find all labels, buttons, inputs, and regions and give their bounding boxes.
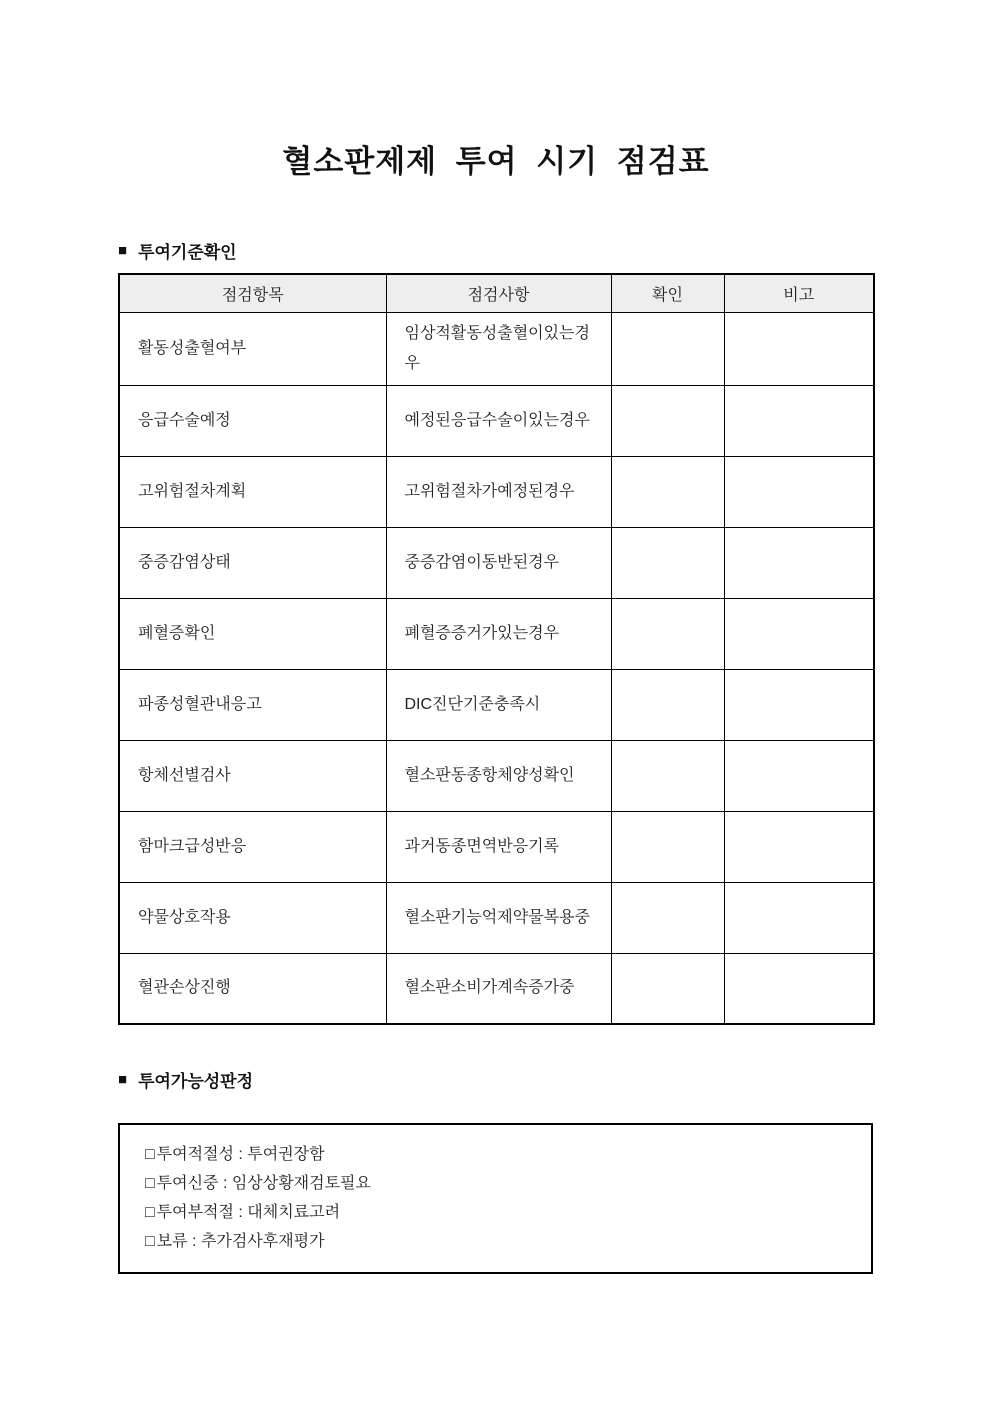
square-bullet-icon: ■	[118, 1072, 127, 1087]
option-label: 투여적절성	[157, 1146, 234, 1163]
cell-note[interactable]	[724, 385, 874, 456]
cell-check[interactable]	[611, 527, 724, 598]
square-bullet-icon: ■	[118, 243, 127, 258]
decision-option: □보류 : 추가검사후재평가	[145, 1227, 851, 1256]
cell-check[interactable]	[611, 669, 724, 740]
cell-check[interactable]	[611, 811, 724, 882]
table-row: 약물상호작용혈소판기능억제약물복용중	[119, 882, 874, 953]
cell-item: 항체선별검사	[119, 740, 386, 811]
cell-note[interactable]	[724, 527, 874, 598]
column-header: 점검사항	[386, 274, 611, 312]
cell-check[interactable]	[611, 598, 724, 669]
table-row: 고위험절차계획고위험절차가예정된경우	[119, 456, 874, 527]
decision-option: □투여신중 : 임상상황재검토필요	[145, 1169, 851, 1198]
cell-criteria: 폐혈증증거가있는경우	[386, 598, 611, 669]
cell-criteria: DIC진단기준충족시	[386, 669, 611, 740]
table-row: 중증감염상태중증감염이동반된경우	[119, 527, 874, 598]
decision-options-box: □투여적절성 : 투여권장함□투여신중 : 임상상황재검토필요□투여부적절 : …	[118, 1123, 873, 1274]
option-value: 임상상황재검토필요	[232, 1175, 371, 1192]
cell-note[interactable]	[724, 598, 874, 669]
cell-item: 활동성출혈여부	[119, 312, 386, 385]
cell-criteria: 고위험절차가예정된경우	[386, 456, 611, 527]
section-heading-criteria: ■ 투여기준확인	[118, 238, 874, 263]
cell-note[interactable]	[724, 312, 874, 385]
table-row: 활동성출혈여부임상적활동성출혈이있는경우	[119, 312, 874, 385]
cell-check[interactable]	[611, 740, 724, 811]
option-value: 대체치료고려	[247, 1204, 340, 1221]
section-heading-decision-label: 투여가능성판정	[138, 1067, 253, 1092]
cell-criteria: 혈소판동종항체양성확인	[386, 740, 611, 811]
decision-options: □투여적절성 : 투여권장함□투여신중 : 임상상황재검토필요□투여부적절 : …	[145, 1140, 851, 1256]
criteria-table: 점검항목점검사항확인비고 활동성출혈여부임상적활동성출혈이있는경우응급수술예정예…	[118, 273, 875, 1025]
cell-criteria: 혈소판소비가계속증가중	[386, 953, 611, 1024]
cell-criteria: 혈소판기능억제약물복용중	[386, 882, 611, 953]
section-heading-criteria-label: 투여기준확인	[138, 238, 237, 263]
table-row: 파종성혈관내응고DIC진단기준충족시	[119, 669, 874, 740]
decision-option: □투여적절성 : 투여권장함	[145, 1140, 851, 1169]
option-separator: :	[219, 1175, 232, 1192]
cell-item: 폐혈증확인	[119, 598, 386, 669]
cell-check[interactable]	[611, 385, 724, 456]
option-separator: :	[234, 1146, 247, 1163]
criteria-table-body: 활동성출혈여부임상적활동성출혈이있는경우응급수술예정예정된응급수술이있는경우고위…	[119, 312, 874, 1024]
cell-item: 함마크급성반응	[119, 811, 386, 882]
cell-note[interactable]	[724, 669, 874, 740]
decision-option: □투여부적절 : 대체치료고려	[145, 1198, 851, 1227]
cell-check[interactable]	[611, 953, 724, 1024]
option-label: 보류	[157, 1233, 188, 1250]
checkbox-icon[interactable]: □	[145, 1198, 155, 1227]
cell-item: 약물상호작용	[119, 882, 386, 953]
cell-criteria: 임상적활동성출혈이있는경우	[386, 312, 611, 385]
option-value: 투여권장함	[247, 1146, 324, 1163]
cell-criteria: 과거동종면역반응기록	[386, 811, 611, 882]
cell-note[interactable]	[724, 740, 874, 811]
option-label: 투여신중	[157, 1175, 219, 1192]
table-row: 응급수술예정예정된응급수술이있는경우	[119, 385, 874, 456]
checkbox-icon[interactable]: □	[145, 1169, 155, 1198]
section-heading-decision: ■ 투여가능성판정	[118, 1067, 874, 1092]
cell-item: 고위험절차계획	[119, 456, 386, 527]
page-title: 혈소판제제 투여 시기 점검표	[0, 136, 992, 181]
table-row: 항체선별검사혈소판동종항체양성확인	[119, 740, 874, 811]
column-header: 확인	[611, 274, 724, 312]
cell-item: 파종성혈관내응고	[119, 669, 386, 740]
cell-note[interactable]	[724, 811, 874, 882]
cell-note[interactable]	[724, 882, 874, 953]
cell-check[interactable]	[611, 312, 724, 385]
cell-note[interactable]	[724, 953, 874, 1024]
table-row: 함마크급성반응과거동종면역반응기록	[119, 811, 874, 882]
option-separator: :	[234, 1204, 247, 1221]
document-page: 혈소판제제 투여 시기 점검표 ■ 투여기준확인 점검항목점검사항확인비고 활동…	[0, 0, 992, 1403]
cell-check[interactable]	[611, 456, 724, 527]
cell-item: 응급수술예정	[119, 385, 386, 456]
table-row: 혈관손상진행혈소판소비가계속증가중	[119, 953, 874, 1024]
table-header-row: 점검항목점검사항확인비고	[119, 274, 874, 312]
option-separator: :	[188, 1233, 201, 1250]
option-label: 투여부적절	[157, 1204, 234, 1221]
cell-note[interactable]	[724, 456, 874, 527]
cell-check[interactable]	[611, 882, 724, 953]
cell-item: 혈관손상진행	[119, 953, 386, 1024]
cell-item: 중증감염상태	[119, 527, 386, 598]
checkbox-icon[interactable]: □	[145, 1227, 155, 1256]
cell-criteria: 예정된응급수술이있는경우	[386, 385, 611, 456]
table-row: 폐혈증확인폐혈증증거가있는경우	[119, 598, 874, 669]
column-header: 점검항목	[119, 274, 386, 312]
column-header: 비고	[724, 274, 874, 312]
option-value: 추가검사후재평가	[201, 1233, 325, 1250]
cell-criteria: 중증감염이동반된경우	[386, 527, 611, 598]
checkbox-icon[interactable]: □	[145, 1140, 155, 1169]
